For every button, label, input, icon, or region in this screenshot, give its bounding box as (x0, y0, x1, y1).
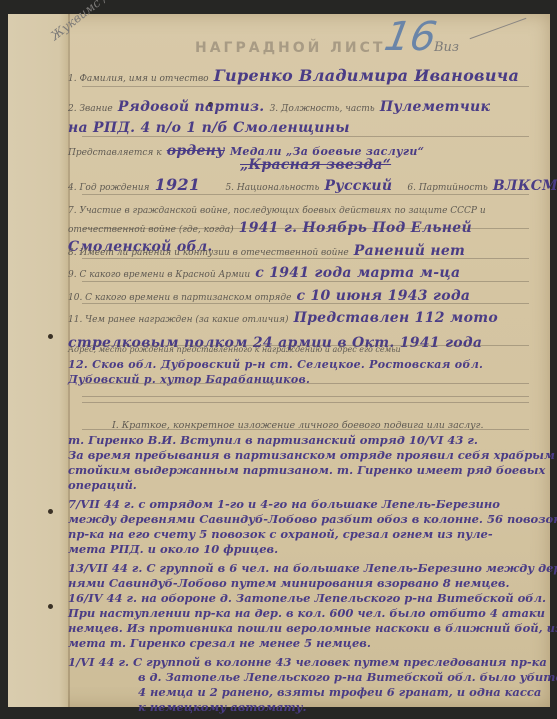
narrative-line: т. Гиренко В.И. Вступил в партизанский о… (68, 433, 537, 448)
form-title: НАГРАДНОЙ ЛИСТ (195, 40, 385, 56)
narrative-line: 1/VI 44 г. С группой в колонне 43 челове… (68, 655, 537, 670)
paper-blemish (48, 334, 53, 339)
field-value: 1921 (155, 175, 201, 194)
field-nominated-for-struck: „Красная звезда“ (240, 154, 545, 173)
field-wounds: 8. Имеет ли ранения и контузии в отечест… (68, 240, 545, 259)
field-value: Рядовой партиз. (118, 99, 265, 115)
field-address: Адрес, место рождения представленного к … (68, 340, 538, 386)
narrative-line: 16/IV 44 г. на обороне д. Затопелье Лепе… (68, 591, 537, 606)
field-red-army-since: 9. С какого времени в Красной Армии с 19… (68, 262, 545, 281)
form-rule (82, 136, 529, 137)
scanned-document: НАГРАДНОЙ ЛИСТ 16 Жуквимс / Сидоревелиса… (0, 0, 557, 719)
field-label: 6. Партийность (407, 183, 487, 193)
narrative-line: 7/VII 44 г. с отрядом 1-го и 4-го на бол… (68, 497, 537, 512)
field-label: 3. Должность, часть (270, 104, 375, 114)
form-rule (82, 402, 529, 403)
field-value: 12. Сков обл. Дубровский р-н ст. Селецко… (68, 358, 483, 386)
struck-value: „Красная звезда“ (240, 157, 391, 173)
form-rule (82, 429, 529, 430)
narrative-line: стойким выдержанным партизаном. т. Гирен… (68, 463, 537, 478)
form-rule (82, 303, 529, 304)
field-value: Гиренко Владимира Ивановича (214, 66, 519, 85)
field-rank-position: 2. Звание Рядовой партиз. 3. Должность, … (68, 96, 545, 115)
struck-value: ордену (167, 143, 225, 159)
form-rule (82, 383, 529, 384)
field-label: 8. Имеет ли ранения и контузии в отечест… (68, 248, 349, 258)
narrative-line: При наступлении пр-ка на дер. в кол. 600… (68, 606, 537, 621)
left-margin-strip (8, 14, 68, 707)
field-label: 2. Звание (68, 104, 113, 114)
field-label: 1. Фамилия, имя и отчество (68, 74, 209, 84)
field-value: с 10 июня 1943 года (297, 288, 471, 304)
paper-blemish (48, 604, 53, 609)
paper-blemish (48, 509, 53, 514)
field-label: 5. Национальность (225, 183, 319, 193)
pencil-corner-note: Виз (434, 40, 459, 55)
field-label: Представляется к (68, 148, 162, 158)
form-rule (82, 396, 529, 397)
narrative-line: 13/VII 44 г. С группой в 6 чел. на больш… (68, 561, 537, 576)
narrative-line: между деревнями Савиндуб-Лобово разбит о… (68, 512, 537, 527)
sheet-number: 16 (381, 14, 440, 60)
form-rule (82, 86, 529, 87)
field-full-name: 1. Фамилия, имя и отчество Гиренко Влади… (68, 66, 545, 85)
field-value: Пулеметчик (380, 99, 490, 115)
narrative-line: мета РПД. и около 10 фрицев. (68, 542, 537, 557)
field-unit: на РПД. 4 п/о 1 п/б Смоленщины (68, 117, 545, 136)
form-rule (82, 281, 529, 282)
narrative-line: нями Савиндуб-Лобово путем минирования в… (68, 576, 537, 591)
form-rule (82, 194, 529, 195)
narrative-line: 4 немца и 2 ранено, взяты трофеи 6 грана… (68, 685, 537, 700)
narrative-line: немцев. Из противника пошли вероломные н… (68, 621, 537, 636)
narrative-line: операций. (68, 478, 537, 493)
field-partisan-since: 10. С какого времени в партизанском отря… (68, 285, 545, 304)
field-value: ВЛКСМ (493, 178, 557, 194)
narrative-text: т. Гиренко В.И. Вступил в партизанский о… (68, 433, 537, 715)
field-value: Ранений нет (354, 243, 465, 259)
field-value: с 1941 года марта м-ца (255, 265, 460, 281)
field-label: 11. Чем ранее награжден (за какие отличи… (68, 315, 288, 325)
field-label: 4. Год рождения (68, 183, 150, 193)
narrative-line: За время пребывания в партизанском отряд… (68, 448, 537, 463)
form-rule (82, 258, 529, 259)
narrative-line: пр-ка на его счету 5 повозок с охраной, … (68, 527, 537, 542)
narrative-line: в д. Затопелье Лепельского р-на Витебско… (68, 670, 537, 685)
form-rule (82, 228, 529, 229)
narrative-line: к немецкому автомату. (68, 700, 537, 715)
field-birth-nationality-party: 4. Год рождения 1921 5. Национальность Р… (68, 175, 545, 194)
field-label: 10. С какого времени в партизанском отря… (68, 293, 291, 303)
field-value: Русский (324, 178, 392, 194)
field-value: на РПД. 4 п/о 1 п/б Смоленщины (68, 120, 350, 136)
field-label: 9. С какого времени в Красной Армии (68, 270, 250, 280)
narrative-line: мета т. Гиренко срезал не менее 5 немцев… (68, 636, 537, 651)
field-label: Адрес, место рождения представленного к … (68, 345, 401, 354)
